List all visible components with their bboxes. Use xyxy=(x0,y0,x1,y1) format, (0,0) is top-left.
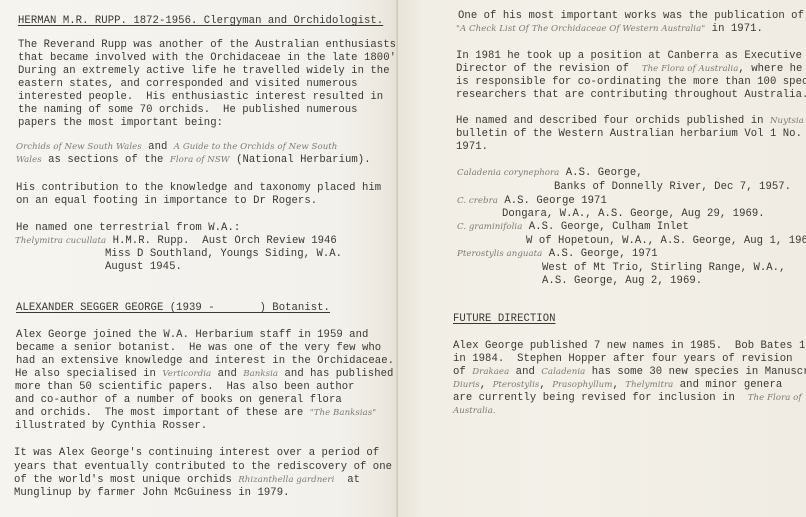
rupp-para1-line: During an extremely active life he trave… xyxy=(18,65,390,78)
rupp-para1-line: the naming of some 70 orchids. He publis… xyxy=(18,104,358,117)
genus-name: Verticordia xyxy=(162,369,211,379)
george-para2-line: of the world's most unique orchids Rhiza… xyxy=(14,474,360,487)
rupp-species-ref: Miss D Southland, Youngs Siding, W.A. xyxy=(105,248,342,261)
canberra-line: is responsible for co-ordinating the mor… xyxy=(456,76,806,89)
book-title: Wales xyxy=(16,155,42,165)
orchid-locality: A.S. George, Aug 2, 1969. xyxy=(542,275,702,288)
rupp-para1-line: papers the most important being: xyxy=(18,117,223,130)
rupp-heading: HERMAN M.R. RUPP. 1872-1956. Clergyman a… xyxy=(18,15,383,28)
rupp-works-line: Wales as sections of the Flora of NSW (N… xyxy=(16,154,371,167)
future-line: of Drakaea and Caladenia has some 30 new… xyxy=(453,366,806,379)
book-title: Flora of NSW xyxy=(170,155,230,165)
book-title: Orchids of New South Wales xyxy=(16,142,142,152)
rupp-para1-line: interested people. His enthusiastic inte… xyxy=(18,91,383,104)
george-para1-line: and co-author of a number of books on ge… xyxy=(15,394,342,407)
orchid-locality: Banks of Donnelly River, Dec 7, 1957. xyxy=(554,181,791,194)
species-name: Rhizanthella gardneri xyxy=(238,475,334,485)
book-title: Australia xyxy=(453,406,493,416)
george-para2-line: years that eventually contributed to the… xyxy=(14,461,392,474)
george-para1-line: illustrated by Cynthia Rosser. xyxy=(15,420,207,433)
rupp-named-intro: He named one terrestrial from W.A.: xyxy=(16,222,240,235)
works-line: "A Check List Of The Orchidaceae Of West… xyxy=(456,23,763,36)
right-page: One of his most important works was the … xyxy=(398,0,806,517)
orchid-entry: C. graminifolia A.S. George, Culham Inle… xyxy=(457,221,689,234)
works-line: One of his most important works was the … xyxy=(458,10,804,23)
book-title: "The Banksias" xyxy=(310,408,377,418)
genus-name: Pterostylis xyxy=(493,380,540,390)
orchid-entry: Caladenia corynephora A.S. George, xyxy=(457,167,643,180)
orchid-locality: Dongara, W.A., A.S. George, Aug 29, 1969… xyxy=(502,208,765,221)
future-line: Diuris, Pterostylis, Prasophyllum, Thely… xyxy=(453,379,782,392)
rupp-works-line: Orchids of New South Wales and A Guide t… xyxy=(16,141,337,154)
orchid-locality: West of Mt Trio, Stirling Range, W.A., xyxy=(542,262,785,275)
left-page: HERMAN M.R. RUPP. 1872-1956. Clergyman a… xyxy=(0,0,398,517)
rupp-para1-line: eastern states, and corresponded and vis… xyxy=(18,78,358,91)
orchid-locality: W of Hopetoun, W.A., A.S. George, Aug 1,… xyxy=(526,235,806,248)
rupp-para2-line: on an equal footing in importance to Dr … xyxy=(16,195,317,208)
species-name: C. crebra xyxy=(457,196,498,206)
future-line: in 1984. Stephen Hopper after four years… xyxy=(453,353,793,366)
george-heading: ALEXANDER SEGGER GEORGE (1939 - ) Botani… xyxy=(16,302,330,315)
rupp-para1-line: that became involved with the Orchidacea… xyxy=(18,52,409,65)
described-line: He named and described four orchids publ… xyxy=(456,115,804,128)
future-line: are currently being revised for inclusio… xyxy=(453,392,802,405)
described-line: bulletin of the Western Australian herba… xyxy=(456,128,806,141)
genus-name: Prasophyllum xyxy=(552,380,612,390)
rupp-para1-line: The Reverand Rupp was another of the Aus… xyxy=(18,39,396,52)
canberra-line: researchers that are contributing throug… xyxy=(456,89,806,102)
george-para1-line: more than 50 scientific papers. Has also… xyxy=(15,381,355,394)
future-line: Alex George published 7 new names in 198… xyxy=(453,340,805,353)
species-name: C. graminifolia xyxy=(457,222,522,232)
future-line: Australia. xyxy=(453,405,496,418)
canberra-line: In 1981 he took up a position at Canberr… xyxy=(456,50,802,63)
rupp-species-ref: August 1945. xyxy=(105,261,182,274)
genus-name: Banksia xyxy=(243,369,278,379)
george-para2-line: Munglinup by farmer John McGuiness in 19… xyxy=(14,487,290,500)
george-para2-line: It was Alex George's continuing interest… xyxy=(14,447,379,460)
journal-name: Nuytsia xyxy=(770,116,804,126)
book-title: "A Check List Of The Orchidaceae Of West… xyxy=(456,24,705,34)
george-para1-line: He also specialised in Verticordia and B… xyxy=(15,368,393,381)
canberra-line: Director of the revision of The Flora of… xyxy=(456,63,802,76)
rupp-species-line: Thelymitra cucullata H.M.R. Rupp. Aust O… xyxy=(15,235,337,248)
book-title: The Flora of xyxy=(748,393,802,403)
genus-name: Drakaea xyxy=(472,367,509,377)
described-line: 1971. xyxy=(456,141,488,154)
george-para1-line: and orchids. The most important of these… xyxy=(15,407,376,420)
book-title: A Guide to the Orchids of New South xyxy=(174,142,338,152)
orchid-entry: Pterostylis anguata A.S. George, 1971 xyxy=(457,248,658,261)
george-para1-line: became a senior botanist. He was one of … xyxy=(16,342,381,355)
george-para1-line: Alex George joined the W.A. Herbarium st… xyxy=(16,329,368,342)
orchid-entry: C. crebra A.S. George 1971 xyxy=(457,195,607,208)
species-name: Thelymitra cucullata xyxy=(15,236,106,246)
book-title: The Flora of Australia xyxy=(642,64,739,74)
genus-name: Caladenia xyxy=(541,367,585,377)
genus-name: Diuris xyxy=(453,380,480,390)
future-heading: FUTURE DIRECTION xyxy=(453,313,556,326)
george-para1-line: had an extensive knowledge and interest … xyxy=(16,355,394,368)
species-name: Caladenia corynephora xyxy=(457,168,559,178)
genus-name: Thelymitra xyxy=(625,380,673,390)
rupp-para2-line: His contribution to the knowledge and ta… xyxy=(16,182,381,195)
species-name: Pterostylis anguata xyxy=(457,249,542,259)
